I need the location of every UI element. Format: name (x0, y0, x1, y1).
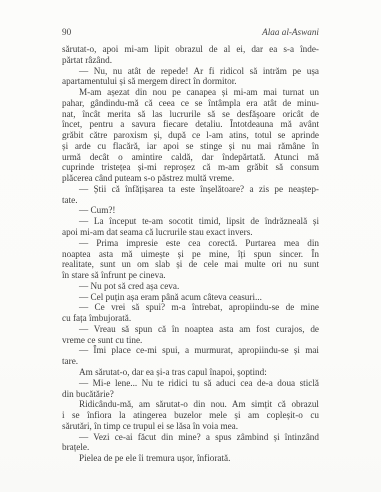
text-line: apartamentului și să mergem direct în do… (62, 76, 319, 87)
text-line: — Știi că înfățișarea ta este înșelătoar… (62, 184, 319, 195)
text-line: Pielea de pe ele îi tremura ușor, înfior… (62, 453, 319, 464)
text-line: realitate, sunt un om slab și de cele ma… (62, 259, 319, 270)
text-line: nat, încât merita să las lucrurile să se… (62, 109, 319, 120)
text-line: — Prima impresie este cea corectă. Purta… (62, 238, 319, 249)
text-line: tate. (62, 195, 319, 206)
text-line: — La început te-am socotit timid, lipsit… (62, 216, 319, 227)
text-line: — Nu pot să cred așa ceva. (62, 281, 319, 292)
text-line: i se înfiora la atingerea buzelor mele ș… (62, 410, 319, 421)
text-block: sărutat-o, apoi mi-am lipit obrazul de a… (62, 44, 319, 464)
text-line: — Cum?! (62, 205, 319, 216)
text-line: — Mi-e lene... Nu te ridici tu să aduci … (62, 378, 319, 389)
text-line: urmă decât o amintire caldă, dar îndepăr… (62, 152, 319, 163)
text-line: — Nu, nu atât de repede! Ar fi ridicol s… (62, 66, 319, 77)
text-line: încet, pentru a savura fiecare detaliu. … (62, 119, 319, 130)
text-line: Am sărutat-o, dar ea și-a tras capul îna… (62, 367, 319, 378)
text-line: Ridicându-mă, am sărutat-o din nou. Am s… (62, 399, 319, 410)
text-line: — Îmi place ce-mi spui, a murmurat, apro… (62, 345, 319, 356)
running-title-author: Alaa al-Aswani (262, 27, 319, 37)
text-line: pahar, gândindu-mă că ceea ce se întâmpl… (62, 98, 319, 109)
text-line: cuprinde tristețea și-mi reproșez că m-a… (62, 162, 319, 173)
text-line: — Vreau să spun că în noaptea asta am fo… (62, 324, 319, 335)
text-line: M-am așezat din nou pe canapea și mi-am … (62, 87, 319, 98)
text-line: sărutat-o, apoi mi-am lipit obrazul de a… (62, 44, 319, 55)
book-page: 90 Alaa al-Aswani sărutat-o, apoi mi-am … (0, 0, 381, 492)
text-line: tare. (62, 356, 319, 367)
text-line: grăbit către paroxism și, după ce l-am a… (62, 130, 319, 141)
text-line: vreme ce sunt cu tine. (62, 335, 319, 346)
text-line: apoi mi-am dat seama că lucrurile stau e… (62, 227, 319, 238)
text-line: și arde cu flacără, iar apoi se stinge ș… (62, 141, 319, 152)
text-line: — Cel puțin așa eram până acum câteva ce… (62, 292, 319, 303)
text-line: cu fața îmbujorată. (62, 313, 319, 324)
text-line: părtat râzând. (62, 55, 319, 66)
text-line: — Ce vrei să spui? m-a întrebat, apropii… (62, 302, 319, 313)
text-line: sărutări, în timp ce trupul ei se lăsa î… (62, 421, 319, 432)
text-line: noaptea asta mă uimește și pe mine, îți … (62, 249, 319, 260)
text-line: brațele. (62, 442, 319, 453)
text-line: — Vezi ce-ai făcut din mine? a spus zâmb… (62, 432, 319, 443)
page-number: 90 (62, 27, 71, 37)
page-header: 90 Alaa al-Aswani (62, 27, 319, 37)
text-line: din bucătărie? (62, 389, 319, 400)
text-line: în stare să înfrunt pe cineva. (62, 270, 319, 281)
text-line: plăcerea când puteam s-o păstrez multă v… (62, 173, 319, 184)
